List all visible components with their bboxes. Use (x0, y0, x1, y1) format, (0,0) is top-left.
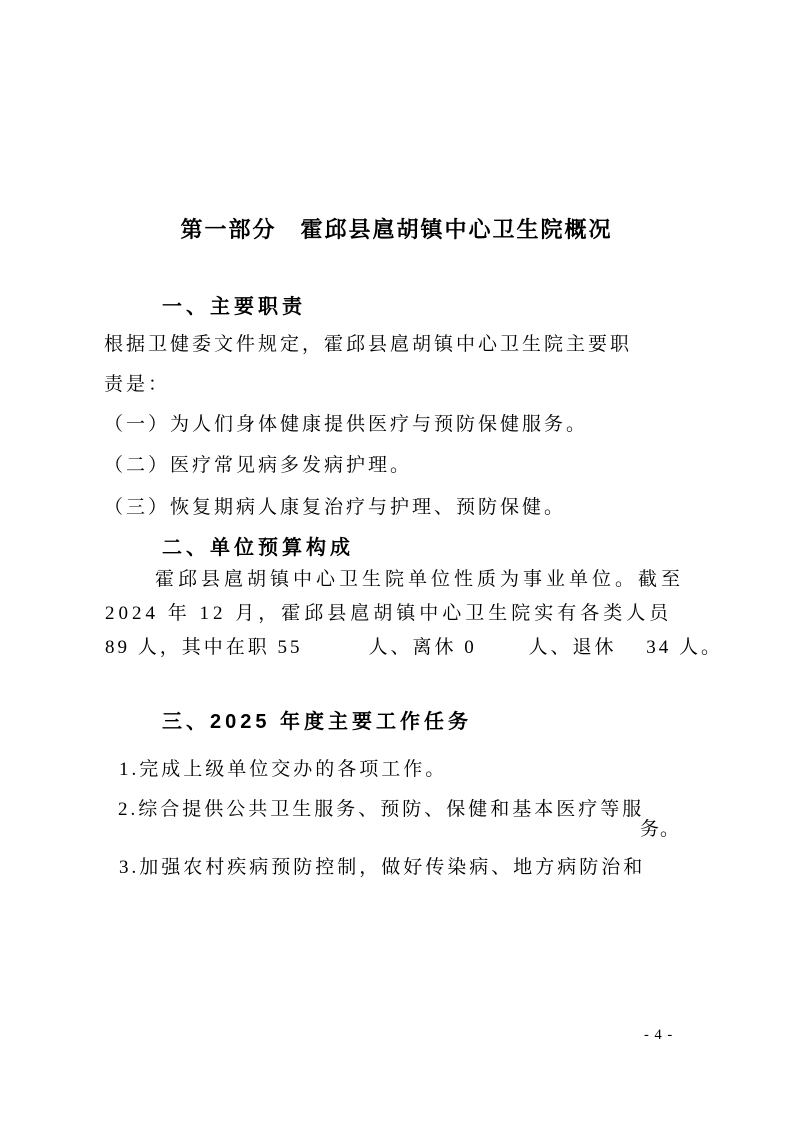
section-2-paragraph-line-3: 89 人，其中在职 55 人、离休 0 人、退休 34 人。 (105, 638, 723, 659)
section-1-list-item-2: （二）医疗常见病多发病护理。 (104, 456, 412, 477)
section-3-task-1: 1.完成上级单位交办的各项工作。 (119, 760, 447, 781)
section-3-task-3: 3.加强农村疾病预防控制，做好传染病、地方病防治和 (119, 858, 645, 879)
document-title: 第一部分 霍邱县扈胡镇中心卫生院概况 (0, 218, 793, 242)
section-3-task-2-line-1: 2.综合提供公共卫生服务、预防、保健和基本医疗等服 (118, 800, 644, 821)
section-3-task-2-line-2: 务。 (640, 820, 680, 841)
section-1-list-item-3: （三）恢复期病人康复治疗与护理、预防保健。 (104, 498, 566, 519)
document-page: 第一部分 霍邱县扈胡镇中心卫生院概况 一、主要职责 根据卫健委文件规定，霍邱县扈… (0, 0, 793, 1122)
section-1-paragraph-line-2: 责是： (104, 375, 170, 396)
section-2-heading: 二、单位预算构成 (162, 537, 354, 559)
section-2-paragraph-line-1: 霍邱县扈胡镇中心卫生院单位性质为事业单位。截至 (155, 570, 684, 591)
section-2-paragraph-line-2: 2024 年 12 月，霍邱县扈胡镇中心卫生院实有各类人员 (105, 604, 672, 625)
section-1-list-item-1: （一）为人们身体健康提供医疗与预防保健服务。 (104, 415, 588, 436)
page-number: - 4 - (644, 1028, 673, 1044)
section-1-heading: 一、主要职责 (162, 296, 306, 318)
section-1-paragraph-line-1: 根据卫健委文件规定，霍邱县扈胡镇中心卫生院主要职 (104, 335, 632, 356)
section-3-heading: 三、2025 年度主要工作任务 (162, 711, 472, 733)
